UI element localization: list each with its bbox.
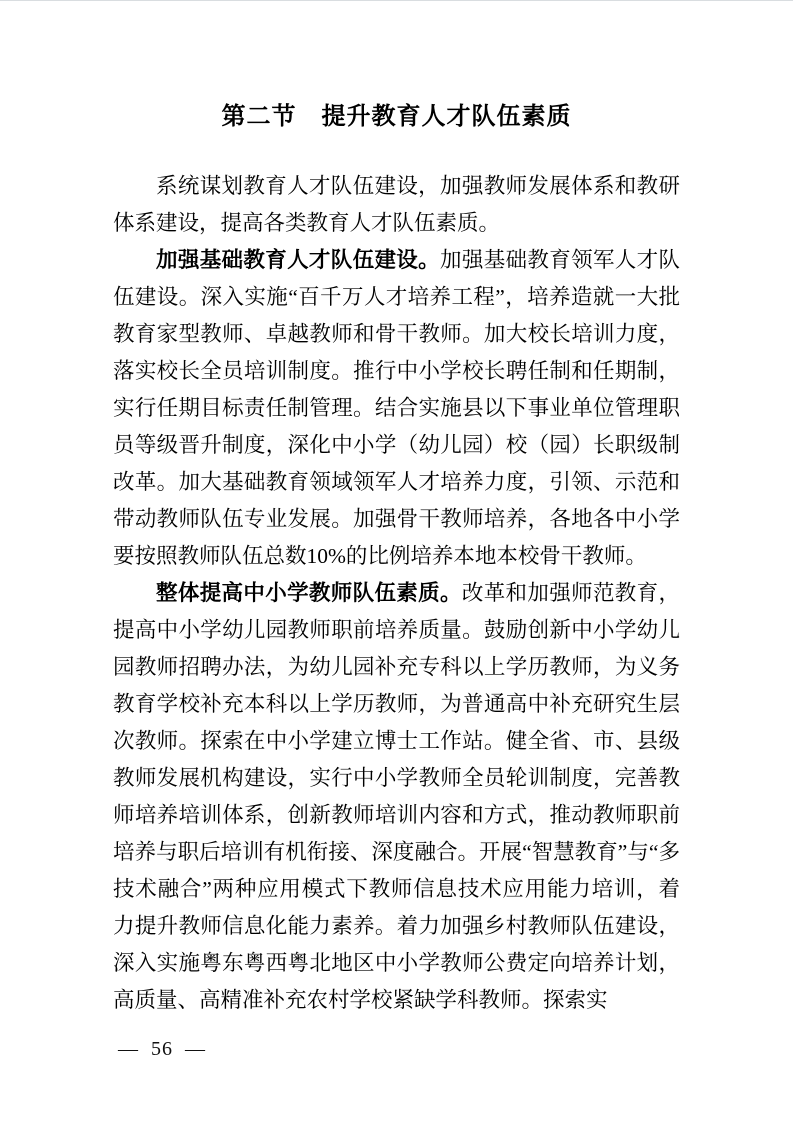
paragraph-basic-education-talent-lead: 加强基础教育人才队伍建设。 [156, 248, 440, 272]
paragraph-teacher-quality: 整体提高中小学教师队伍素质。改革和加强师范教育，提高中小学幼儿园教师职前培养质量… [113, 575, 680, 1019]
paragraph-intro-text: 系统谋划教育人才队伍建设，加强教师发展体系和教研体系建设，提高各类教育人才队伍素… [113, 174, 680, 235]
section-title: 第二节 提升教育人才队伍素质 [113, 1, 680, 134]
page-number: — 56 — [118, 1035, 206, 1063]
paragraph-basic-education-talent-text: 加强基础教育领军人才队伍建设。深入实施“百千万人才培养工程”，培养造就一大批教育… [113, 248, 680, 568]
paragraph-teacher-quality-text: 改革和加强师范教育，提高中小学幼儿园教师职前培养质量。鼓励创新中小学幼儿园教师招… [113, 581, 680, 1012]
paragraph-intro: 系统谋划教育人才队伍建设，加强教师发展体系和教研体系建设，提高各类教育人才队伍素… [113, 168, 680, 242]
paragraph-teacher-quality-lead: 整体提高中小学教师队伍素质。 [156, 581, 462, 605]
paragraph-basic-education-talent: 加强基础教育人才队伍建设。加强基础教育领军人才队伍建设。深入实施“百千万人才培养… [113, 242, 680, 575]
document-page: 第二节 提升教育人才队伍素质 系统谋划教育人才队伍建设，加强教师发展体系和教研体… [0, 0, 793, 1122]
page-content: 第二节 提升教育人才队伍素质 系统谋划教育人才队伍建设，加强教师发展体系和教研体… [113, 1, 680, 1019]
